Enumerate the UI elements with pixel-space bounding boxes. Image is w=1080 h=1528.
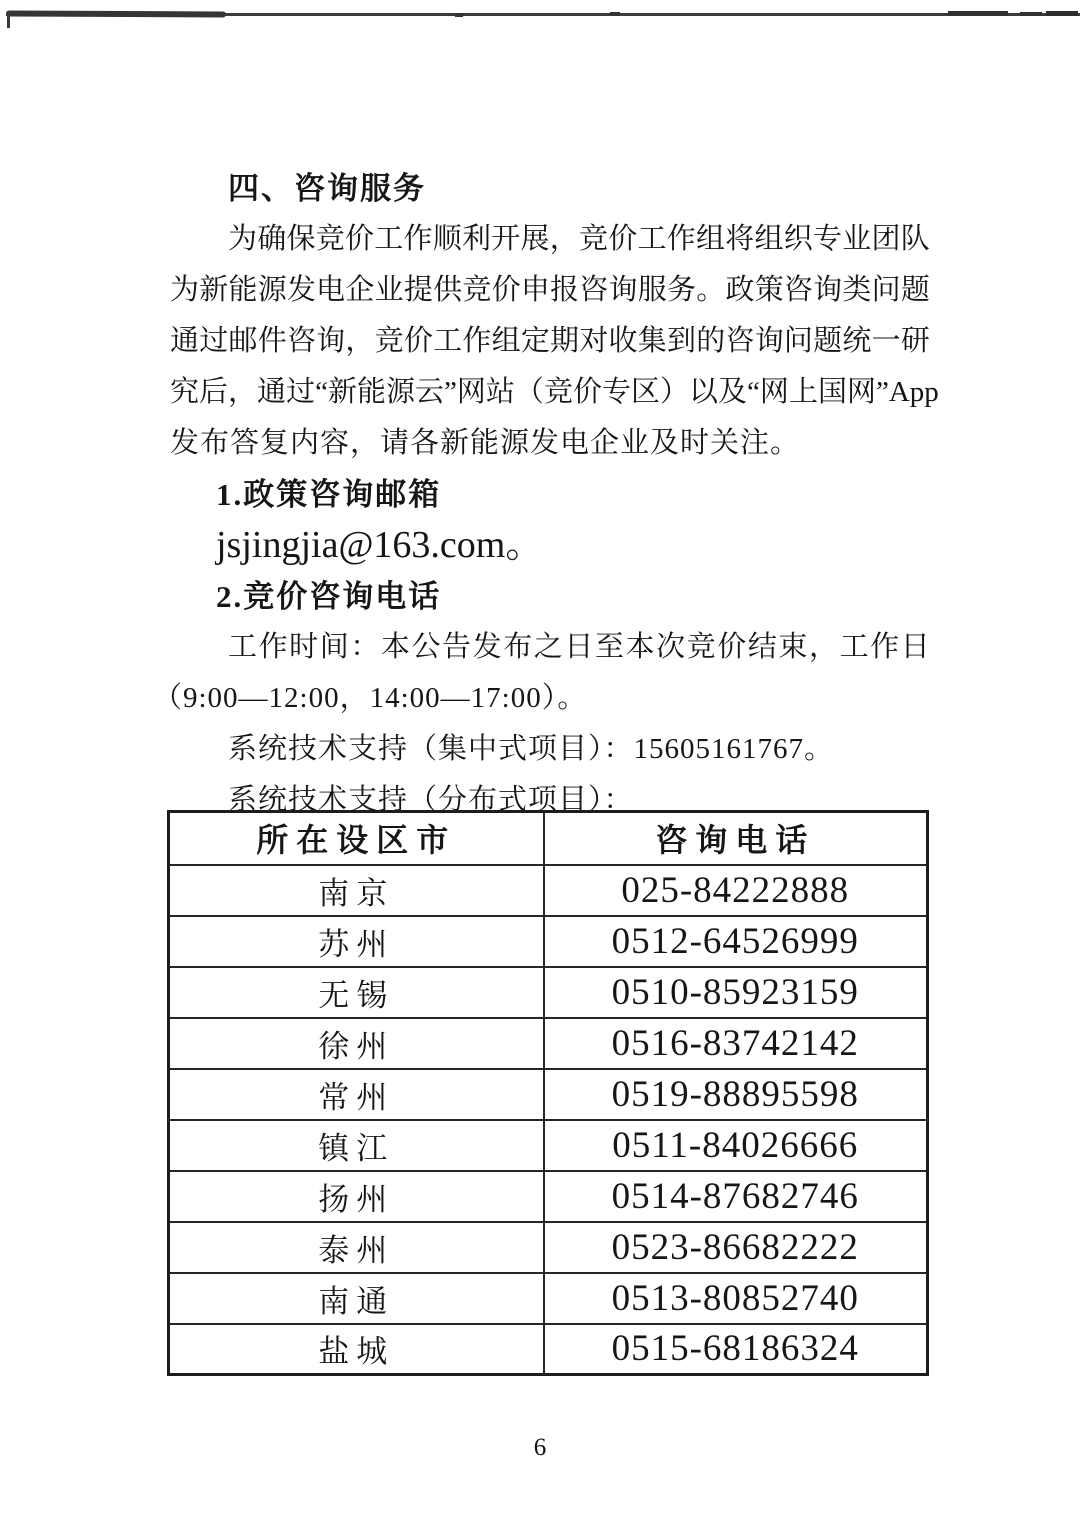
page-number: 6 bbox=[0, 1434, 1080, 1462]
paragraph-line-1: 为确保竞价工作顺利开展，竞价工作组将组织专业团队 bbox=[170, 214, 930, 265]
city-cell: 苏州 bbox=[169, 916, 544, 967]
phone-cell: 0514-87682746 bbox=[544, 1171, 928, 1222]
document-page: 四、咨询服务 为确保竞价工作顺利开展，竞价工作组将组织专业团队 为新能源发电企业… bbox=[0, 0, 1080, 1528]
table-row: 徐州 0516-83742142 bbox=[169, 1018, 928, 1069]
phone-cell: 0519-88895598 bbox=[544, 1069, 928, 1120]
table-header-row: 所在设区市 咨询电话 bbox=[169, 812, 928, 865]
section-heading: 四、咨询服务 bbox=[170, 163, 930, 214]
support-centralized-line: 系统技术支持（集中式项目）：15605161767。 bbox=[170, 724, 930, 775]
scan-artifact-tick bbox=[7, 11, 10, 28]
phone-cell: 0523-86682222 bbox=[544, 1222, 928, 1273]
paragraph-line-3: 通过邮件咨询，竞价工作组定期对收集到的咨询问题统一研 bbox=[170, 316, 930, 367]
scan-artifact-blob bbox=[948, 11, 1008, 16]
city-cell: 扬州 bbox=[169, 1171, 544, 1222]
paragraph-line-5: 发布答复内容，请各新能源发电企业及时关注。 bbox=[170, 418, 930, 469]
phone-cell: 0513-80852740 bbox=[544, 1273, 928, 1324]
scan-artifact-speck bbox=[610, 12, 620, 16]
table-header-city: 所在设区市 bbox=[169, 812, 544, 865]
work-hours-line-1: 工作时间：本公告发布之日至本次竞价结束，工作日 bbox=[170, 622, 930, 673]
phone-cell: 0511-84026666 bbox=[544, 1120, 928, 1171]
phone-cell: 025-84222888 bbox=[544, 865, 928, 916]
subsection-1-title: 1.政策咨询邮箱 bbox=[170, 469, 930, 520]
table-row: 南通 0513-80852740 bbox=[169, 1273, 928, 1324]
work-hours-line-2: （9:00—12:00，14:00—17:00）。 bbox=[153, 673, 930, 724]
phone-cell: 0510-85923159 bbox=[544, 967, 928, 1018]
city-cell: 盐城 bbox=[169, 1324, 544, 1375]
scan-artifact-blob bbox=[1020, 12, 1042, 16]
scan-artifact-blob bbox=[1046, 11, 1078, 16]
city-cell: 无锡 bbox=[169, 967, 544, 1018]
table-row: 扬州 0514-87682746 bbox=[169, 1171, 928, 1222]
table-row: 常州 0519-88895598 bbox=[169, 1069, 928, 1120]
scan-artifact-blob bbox=[6, 11, 226, 18]
subsection-2-title: 2.竞价咨询电话 bbox=[170, 571, 930, 622]
email-address: jsjingjia@163.com。 bbox=[170, 520, 930, 571]
city-cell: 镇江 bbox=[169, 1120, 544, 1171]
city-cell: 徐州 bbox=[169, 1018, 544, 1069]
consultation-phone-table: 所在设区市 咨询电话 南京 025-84222888 苏州 0512-64526… bbox=[167, 810, 929, 1376]
paragraph-line-2: 为新能源发电企业提供竞价申报咨询服务。政策咨询类问题 bbox=[170, 265, 930, 316]
document-body: 四、咨询服务 为确保竞价工作顺利开展，竞价工作组将组织专业团队 为新能源发电企业… bbox=[170, 163, 930, 826]
paragraph-line-4: 究后，通过“新能源云”网站（竞价专区）以及“网上国网”App bbox=[170, 367, 930, 418]
phone-cell: 0515-68186324 bbox=[544, 1324, 928, 1375]
table-row: 苏州 0512-64526999 bbox=[169, 916, 928, 967]
table-row: 无锡 0510-85923159 bbox=[169, 967, 928, 1018]
table-header-phone: 咨询电话 bbox=[544, 812, 928, 865]
table-row: 南京 025-84222888 bbox=[169, 865, 928, 916]
city-cell: 泰州 bbox=[169, 1222, 544, 1273]
table-row: 盐城 0515-68186324 bbox=[169, 1324, 928, 1375]
table-row: 泰州 0523-86682222 bbox=[169, 1222, 928, 1273]
phone-cell: 0512-64526999 bbox=[544, 916, 928, 967]
city-cell: 常州 bbox=[169, 1069, 544, 1120]
table-row: 镇江 0511-84026666 bbox=[169, 1120, 928, 1171]
scan-artifact-speck bbox=[455, 13, 463, 17]
phone-cell: 0516-83742142 bbox=[544, 1018, 928, 1069]
city-cell: 南通 bbox=[169, 1273, 544, 1324]
city-cell: 南京 bbox=[169, 865, 544, 916]
